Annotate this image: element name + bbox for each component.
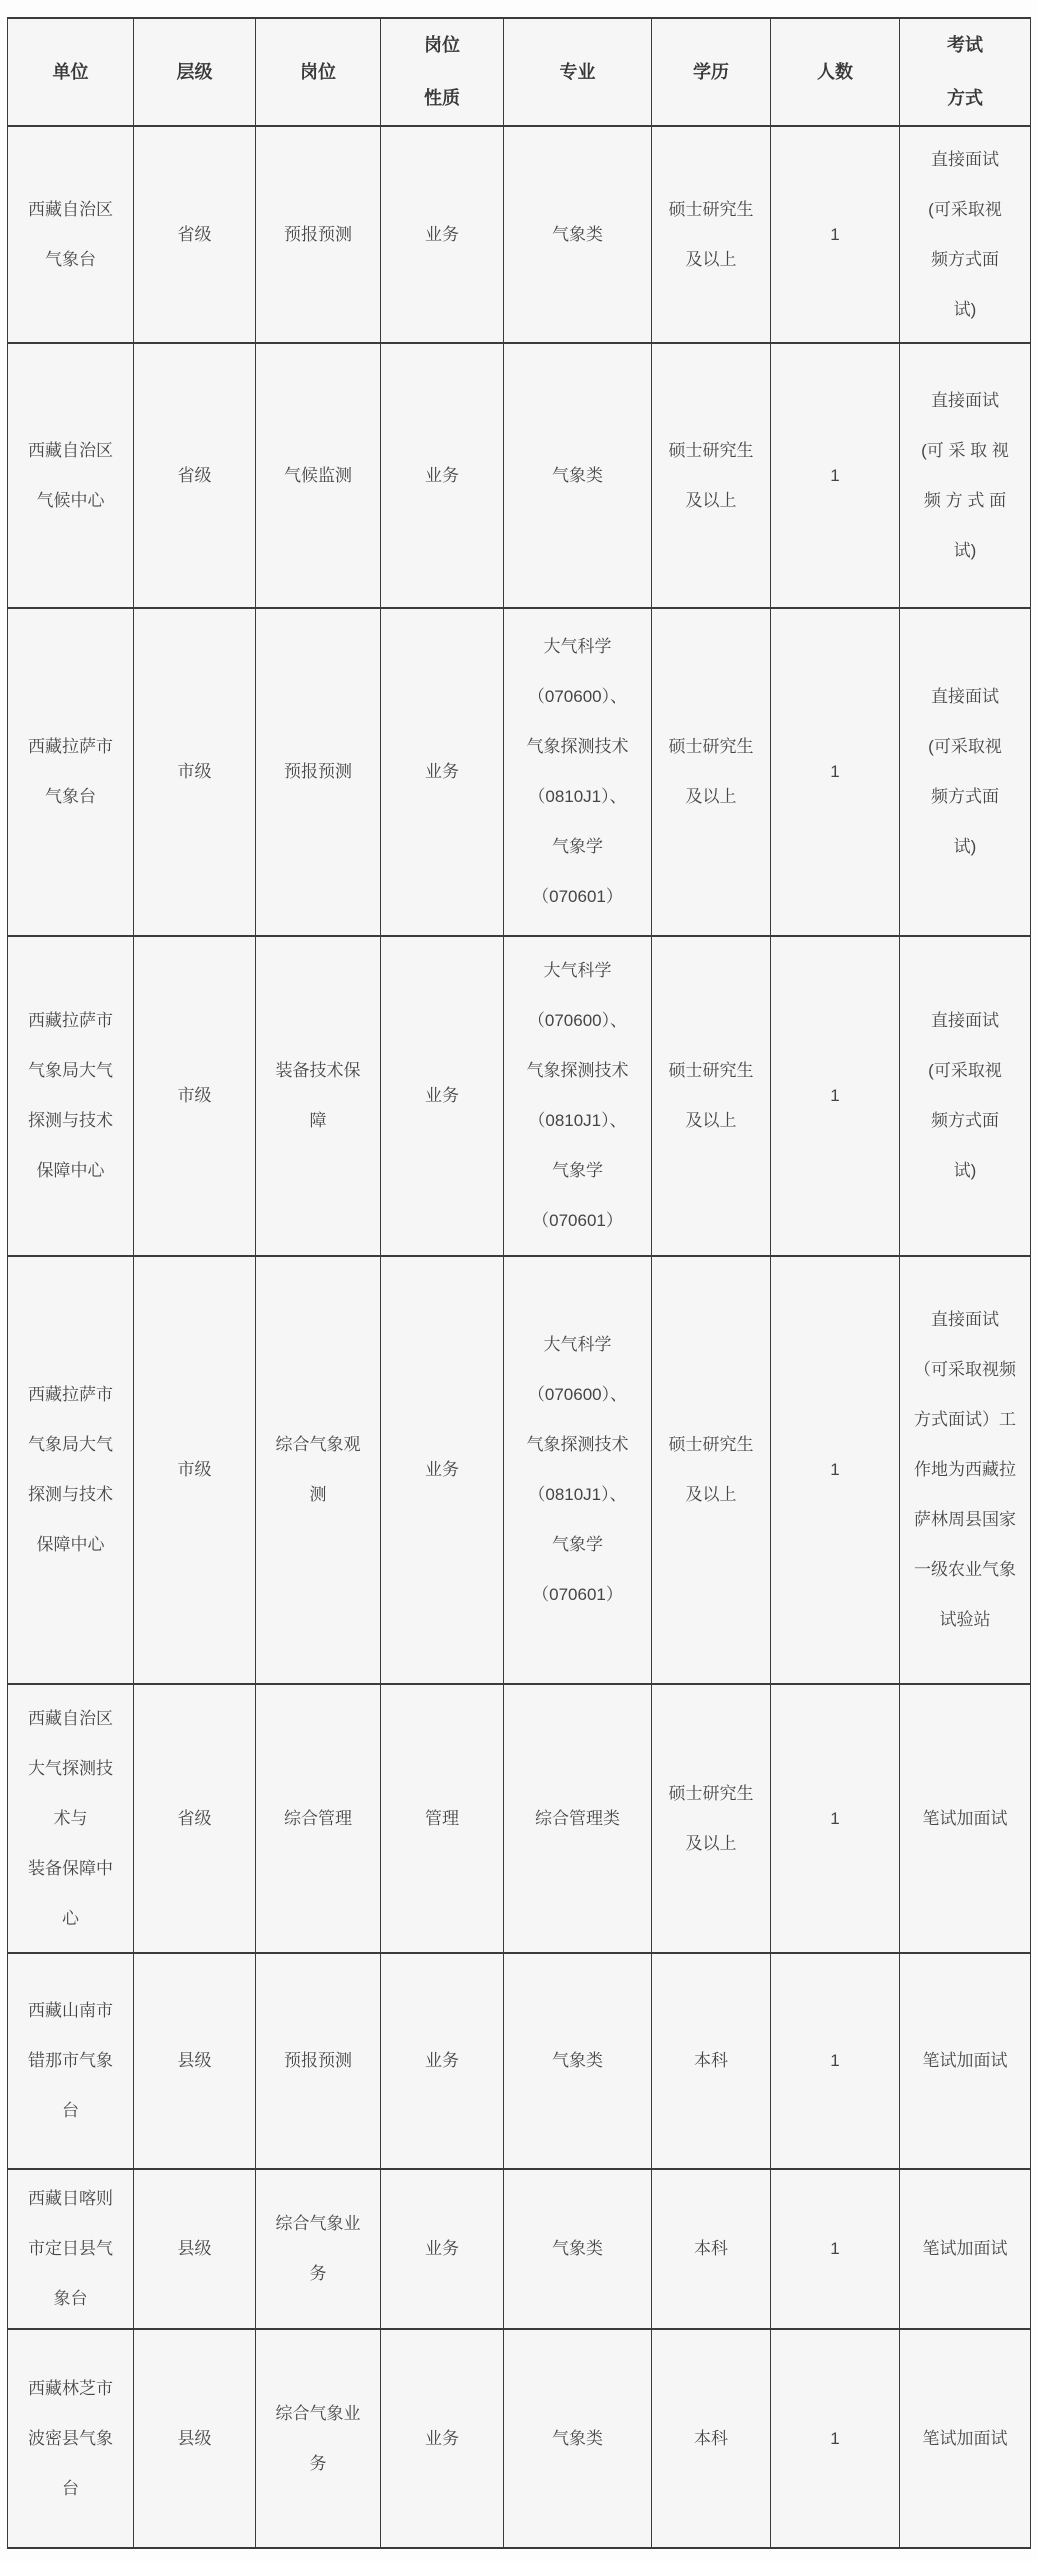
cell-count: 1 [771,608,900,936]
cell-exam: 直接面试 （可采取视频 方式面试）工 作地为西藏拉 萨林周县国家 一级农业气象 … [900,1256,1031,1684]
cell-nature: 业务 [381,126,504,343]
cell-level: 市级 [134,608,256,936]
cell-count: 1 [771,2169,900,2329]
table-row: 西藏自治区 气候中心 省级 气候监测 业务 气象类 硕士研究生 及以上 1 直接… [8,343,1031,608]
cell-nature: 业务 [381,343,504,608]
cell-position: 预报预测 [256,1953,381,2169]
cell-position: 预报预测 [256,608,381,936]
cell-unit: 西藏拉萨市 气象台 [8,608,134,936]
cell-position: 综合气象观 测 [256,1256,381,1684]
cell-level: 省级 [134,126,256,343]
cell-level: 市级 [134,936,256,1256]
col-header-exam: 考试 方式 [900,18,1031,126]
cell-nature: 业务 [381,1256,504,1684]
cell-exam: 直接面试 (可采取视 频方式面 试) [900,936,1031,1256]
cell-major: 气象类 [504,2329,652,2548]
cell-education: 硕士研究生 及以上 [652,608,771,936]
col-header-education: 学历 [652,18,771,126]
cell-unit: 西藏日喀则 市定日县气 象台 [8,2169,134,2329]
cell-level: 县级 [134,2329,256,2548]
table-row: 西藏日喀则 市定日县气 象台 县级 综合气象业 务 业务 气象类 本科 1 笔试… [8,2169,1031,2329]
cell-exam: 直接面试 (可采取视 频方式面 试) [900,126,1031,343]
cell-exam: 直接面试 (可采取视 频方式面 试) [900,608,1031,936]
cell-major: 大气科学 （070600）、 气象探测技术 （0810J1）、 气象学 （070… [504,608,652,936]
cell-level: 省级 [134,1684,256,1953]
col-header-level: 层级 [134,18,256,126]
cell-count: 1 [771,1684,900,1953]
table-row: 西藏山南市 错那市气象 台 县级 预报预测 业务 气象类 本科 1 笔试加面试 [8,1953,1031,2169]
cell-unit: 西藏自治区 大气探测技 术与 装备保障中 心 [8,1684,134,1953]
cell-count: 1 [771,2329,900,2548]
cell-education: 硕士研究生 及以上 [652,343,771,608]
cell-count: 1 [771,343,900,608]
cell-unit: 西藏林芝市 波密县气象 台 [8,2329,134,2548]
cell-count: 1 [771,1256,900,1684]
cell-level: 市级 [134,1256,256,1684]
cell-position: 综合气象业 务 [256,2329,381,2548]
table-header-row: 单位 层级 岗位 岗位 性质 专业 学历 人数 考试 方式 [8,18,1031,126]
cell-major: 综合管理类 [504,1684,652,1953]
cell-position: 气候监测 [256,343,381,608]
cell-count: 1 [771,1953,900,2169]
cell-major: 大气科学 （070600）、 气象探测技术 （0810J1）、 气象学 （070… [504,1256,652,1684]
cell-unit: 西藏自治区 气候中心 [8,343,134,608]
cell-unit: 西藏山南市 错那市气象 台 [8,1953,134,2169]
table-row: 西藏拉萨市 气象局大气 探测与技术 保障中心 市级 装备技术保 障 业务 大气科… [8,936,1031,1256]
cell-major: 气象类 [504,2169,652,2329]
cell-exam: 笔试加面试 [900,2169,1031,2329]
cell-nature: 业务 [381,936,504,1256]
table-row: 西藏拉萨市 气象台 市级 预报预测 业务 大气科学 （070600）、 气象探测… [8,608,1031,936]
cell-education: 硕士研究生 及以上 [652,936,771,1256]
table-row: 西藏自治区 气象台 省级 预报预测 业务 气象类 硕士研究生 及以上 1 直接面… [8,126,1031,343]
cell-education: 本科 [652,2329,771,2548]
cell-major: 大气科学 （070600）、 气象探测技术 （0810J1）、 气象学 （070… [504,936,652,1256]
cell-major: 气象类 [504,1953,652,2169]
cell-unit: 西藏拉萨市 气象局大气 探测与技术 保障中心 [8,1256,134,1684]
cell-position: 综合管理 [256,1684,381,1953]
cell-level: 县级 [134,2169,256,2329]
cell-exam: 直接面试 (可 采 取 视 频 方 式 面 试) [900,343,1031,608]
cell-position: 综合气象业 务 [256,2169,381,2329]
col-header-unit: 单位 [8,18,134,126]
cell-exam: 笔试加面试 [900,2329,1031,2548]
col-header-count: 人数 [771,18,900,126]
col-header-position: 岗位 [256,18,381,126]
recruitment-table: 单位 层级 岗位 岗位 性质 专业 学历 人数 考试 方式 西藏自治区 气象台 … [7,17,1031,2549]
cell-count: 1 [771,126,900,343]
cell-exam: 笔试加面试 [900,1953,1031,2169]
cell-count: 1 [771,936,900,1256]
table-row: 西藏林芝市 波密县气象 台 县级 综合气象业 务 业务 气象类 本科 1 笔试加… [8,2329,1031,2548]
cell-education: 本科 [652,2169,771,2329]
cell-major: 气象类 [504,126,652,343]
cell-education: 硕士研究生 及以上 [652,1256,771,1684]
table-row: 西藏自治区 大气探测技 术与 装备保障中 心 省级 综合管理 管理 综合管理类 … [8,1684,1031,1953]
cell-education: 硕士研究生 及以上 [652,126,771,343]
cell-unit: 西藏自治区 气象台 [8,126,134,343]
cell-nature: 业务 [381,1953,504,2169]
table-row: 西藏拉萨市 气象局大气 探测与技术 保障中心 市级 综合气象观 测 业务 大气科… [8,1256,1031,1684]
col-header-major: 专业 [504,18,652,126]
cell-nature: 业务 [381,2169,504,2329]
cell-exam: 笔试加面试 [900,1684,1031,1953]
cell-position: 装备技术保 障 [256,936,381,1256]
cell-education: 本科 [652,1953,771,2169]
cell-education: 硕士研究生 及以上 [652,1684,771,1953]
cell-nature: 业务 [381,2329,504,2548]
cell-nature: 业务 [381,608,504,936]
col-header-nature: 岗位 性质 [381,18,504,126]
cell-unit: 西藏拉萨市 气象局大气 探测与技术 保障中心 [8,936,134,1256]
cell-major: 气象类 [504,343,652,608]
page-body: 单位 层级 岗位 岗位 性质 专业 学历 人数 考试 方式 西藏自治区 气象台 … [0,0,1037,2549]
cell-level: 县级 [134,1953,256,2169]
cell-nature: 管理 [381,1684,504,1953]
cell-position: 预报预测 [256,126,381,343]
cell-level: 省级 [134,343,256,608]
